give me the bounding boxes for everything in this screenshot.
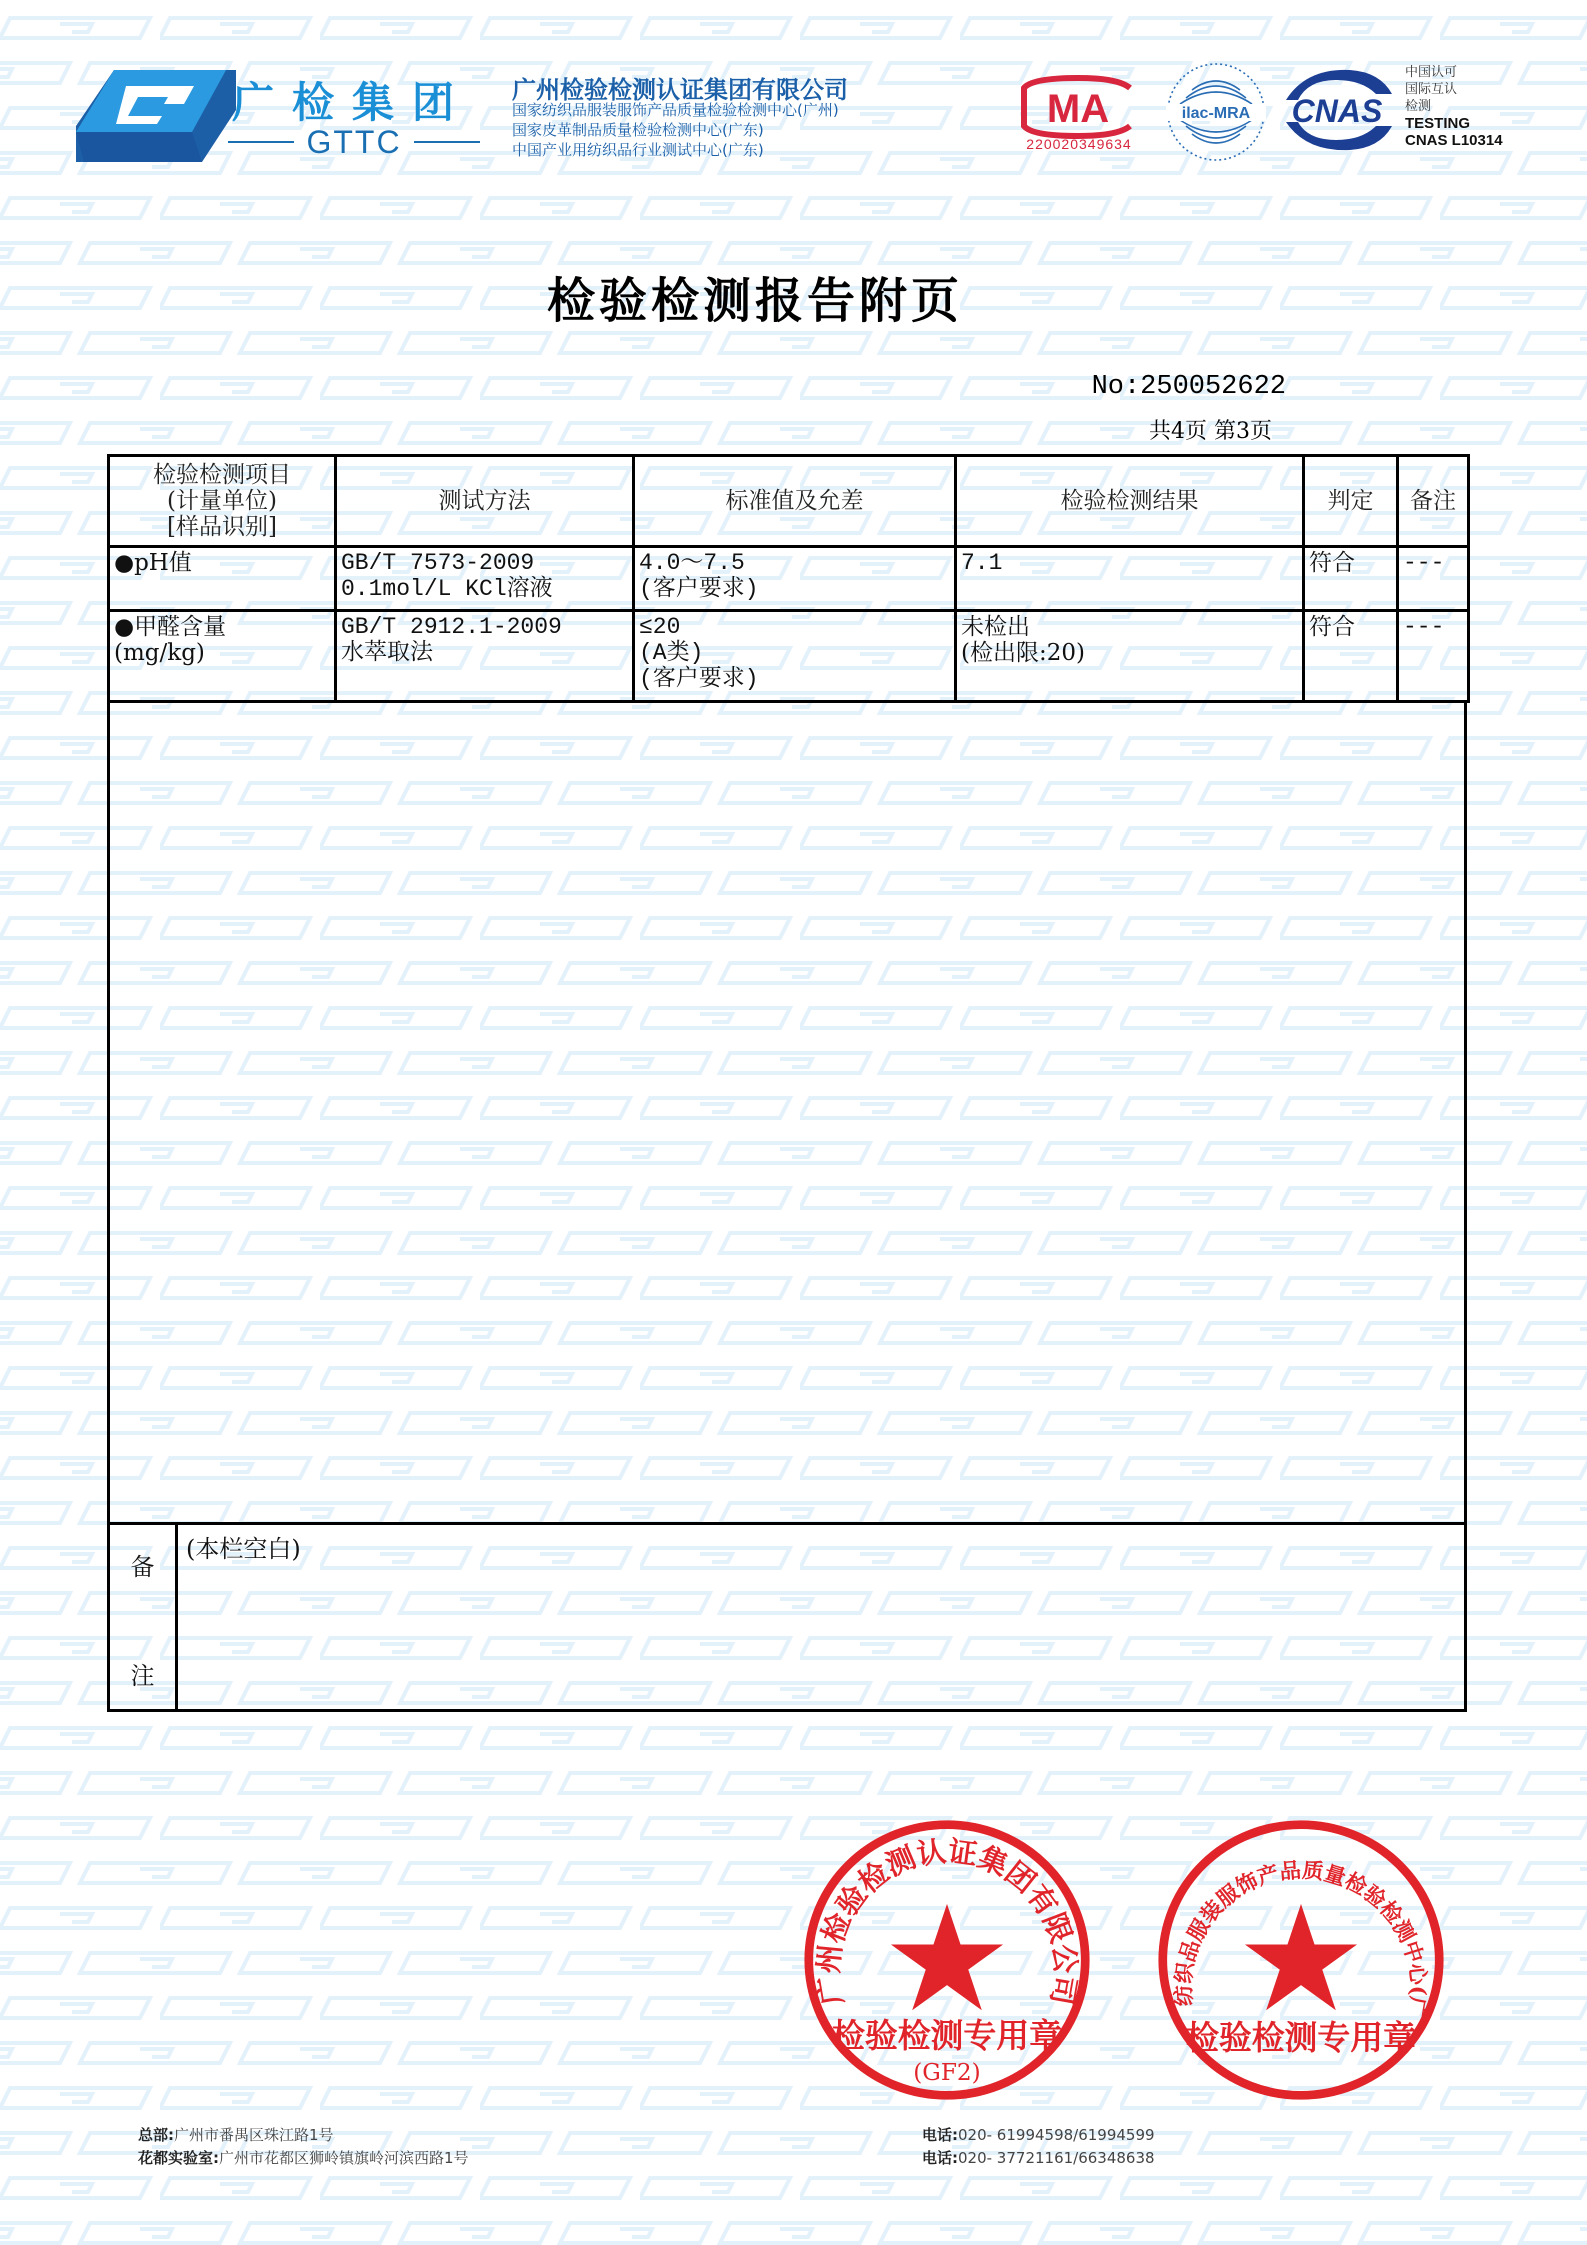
footer-line: 电话:020- 37721161/66348638 [922, 2147, 1155, 2170]
footer-value: 020- 61994598/61994599 [958, 2126, 1155, 2144]
remarks-section: 备 注 (本栏空白) [107, 1522, 1467, 1712]
center-name: 中国产业用纺织品行业测试中心(广东) [512, 140, 839, 160]
center-name: 国家纺织品服装服饰产品质量检验检测中心(广州) [512, 100, 839, 120]
cell-line: 水萃取法 [341, 640, 628, 666]
footer-line: 总部:广州市番禺区珠江路1号 [138, 2124, 469, 2147]
remarks-label: 备 注 [110, 1525, 178, 1709]
header-line: 检验检测项目 [114, 462, 330, 488]
cell-remark: --- [1398, 611, 1469, 702]
center-name: 国家皮革制品质量检验检测中心(广东) [512, 120, 839, 140]
cell-line: (客户要求) [639, 576, 950, 602]
cell-line: 0.1mol/L KCl溶液 [341, 576, 628, 602]
gttc-logo-icon [76, 70, 236, 162]
brand-name-cn: 广检集团 [232, 70, 472, 130]
brand-name-en: GTTC [294, 124, 413, 161]
table-header-row: 检验检测项目 (计量单位) [样品识别] 测试方法 标准值及允差 检验检测结果 … [109, 456, 1469, 547]
cell-line: (客户要求) [639, 666, 950, 692]
header-item: 检验检测项目 (计量单位) [样品识别] [109, 456, 336, 547]
cell-method: GB/T 7573-2009 0.1mol/L KCl溶液 [336, 547, 634, 611]
ilac-text: ilac-MRA [1182, 105, 1251, 122]
footer-phones: 电话:020- 61994598/61994599 电话:020- 377211… [922, 2124, 1155, 2170]
footer-line: 花都实验室:广州市花都区狮岭镇旗岭河滨西路1号 [138, 2147, 469, 2170]
cell-line: (mg/kg) [114, 640, 330, 666]
footer-value: 广州市番禺区珠江路1号 [174, 2126, 334, 2144]
cnas-mark-icon: CNAS [1276, 66, 1398, 154]
page-info: 共4页 第3页 [1149, 414, 1272, 445]
footer-addresses: 总部:广州市番禺区珠江路1号 花都实验室:广州市花都区狮岭镇旗岭河滨西路1号 [138, 2124, 469, 2170]
cell-line: 7.1 [961, 550, 1298, 576]
cell-item: ●pH值 [109, 547, 336, 611]
official-seal: 广州检验检测认证集团有限公司 检验检测专用章 (GF2) [802, 1815, 1092, 2105]
accreditation-text: 中国认可 国际互认 检测 TESTING CNAS L10314 [1405, 64, 1503, 149]
footer-label: 花都实验室: [138, 2149, 219, 2167]
accreditation-line: 中国认可 [1405, 64, 1503, 81]
cell-line: (A类) [639, 640, 950, 666]
star-icon [891, 1904, 1003, 2010]
footer-value: 020- 37721161/66348638 [958, 2149, 1155, 2167]
cell-line: GB/T 2912.1-2009 [341, 614, 628, 640]
star-icon [1245, 1904, 1357, 2010]
header-remark: 备注 [1398, 456, 1469, 547]
remarks-content: (本栏空白) [178, 1525, 1464, 1709]
table-blank-area [107, 700, 1467, 1523]
cnas-text: CNAS [1292, 93, 1383, 129]
footer-line: 电话:020- 61994598/61994599 [922, 2124, 1155, 2147]
accreditation-line: 国际互认 [1405, 81, 1503, 98]
footer-label: 电话: [922, 2149, 958, 2167]
center-list: 国家纺织品服装服饰产品质量检验检测中心(广州) 国家皮革制品质量检验检测中心(广… [512, 100, 839, 160]
footer-label: 总部: [138, 2126, 174, 2144]
ilac-mra-icon: ilac-MRA [1164, 60, 1268, 164]
accreditation-bold: TESTING [1405, 115, 1503, 132]
cell-line: 4.0～7.5 [639, 550, 950, 576]
cma-text: MA [1047, 87, 1109, 131]
report-number: No:250052622 [1092, 372, 1286, 402]
document-title: 检验检测报告附页 [0, 262, 1510, 331]
cell-line: 未检出 [961, 614, 1298, 640]
cell-line: ●甲醛含量 [114, 614, 330, 640]
cell-result: 未检出 (检出限:20) [956, 611, 1304, 702]
table-row: ●甲醛含量 (mg/kg) GB/T 2912.1-2009 水萃取法 ≤20 … [109, 611, 1469, 702]
accreditation-line: 检测 [1405, 98, 1503, 115]
header-verdict: 判定 [1304, 456, 1398, 547]
cell-remark: --- [1398, 547, 1469, 611]
divider [414, 141, 480, 143]
results-table: 检验检测项目 (计量单位) [样品识别] 测试方法 标准值及允差 检验检测结果 … [107, 454, 1470, 703]
header-result: 检验检测结果 [956, 456, 1304, 547]
official-seal: 国家纺织品服装服饰产品质量检验检测中心(广州) 检验检测专用章 [1156, 1815, 1446, 2105]
accreditation-bold: CNAS L10314 [1405, 132, 1503, 149]
cell-verdict: 符合 [1304, 611, 1398, 702]
brand-name-en-wrap: GTTC [228, 124, 480, 160]
cell-item: ●甲醛含量 (mg/kg) [109, 611, 336, 702]
seal-center-text: 检验检测专用章 [1186, 2018, 1416, 2057]
header-line: [样品识别] [114, 514, 330, 540]
cell-line: GB/T 7573-2009 [341, 550, 628, 576]
header-standard: 标准值及允差 [634, 456, 956, 547]
cell-standard: 4.0～7.5 (客户要求) [634, 547, 956, 611]
seal-center-text: 检验检测专用章 [832, 2016, 1062, 2055]
cell-result: 7.1 [956, 547, 1304, 611]
header-line: (计量单位) [114, 488, 330, 514]
remarks-label-top: 备 [131, 1547, 155, 1582]
table-row: ●pH值 GB/T 7573-2009 0.1mol/L KCl溶液 4.0～7… [109, 547, 1469, 611]
cell-method: GB/T 2912.1-2009 水萃取法 [336, 611, 634, 702]
footer-value: 广州市花都区狮岭镇旗岭河滨西路1号 [219, 2149, 469, 2167]
cma-number: 220020349634 [1018, 136, 1140, 152]
cell-line: ●pH值 [114, 550, 330, 576]
cell-standard: ≤20 (A类) (客户要求) [634, 611, 956, 702]
seal-code: (GF2) [913, 2059, 980, 2086]
remarks-label-bottom: 注 [131, 1656, 155, 1691]
divider [228, 141, 294, 143]
footer-label: 电话: [922, 2126, 958, 2144]
cell-line: ≤20 [639, 614, 950, 640]
header-method: 测试方法 [336, 456, 634, 547]
cell-line: (检出限:20) [961, 640, 1298, 666]
cell-verdict: 符合 [1304, 547, 1398, 611]
